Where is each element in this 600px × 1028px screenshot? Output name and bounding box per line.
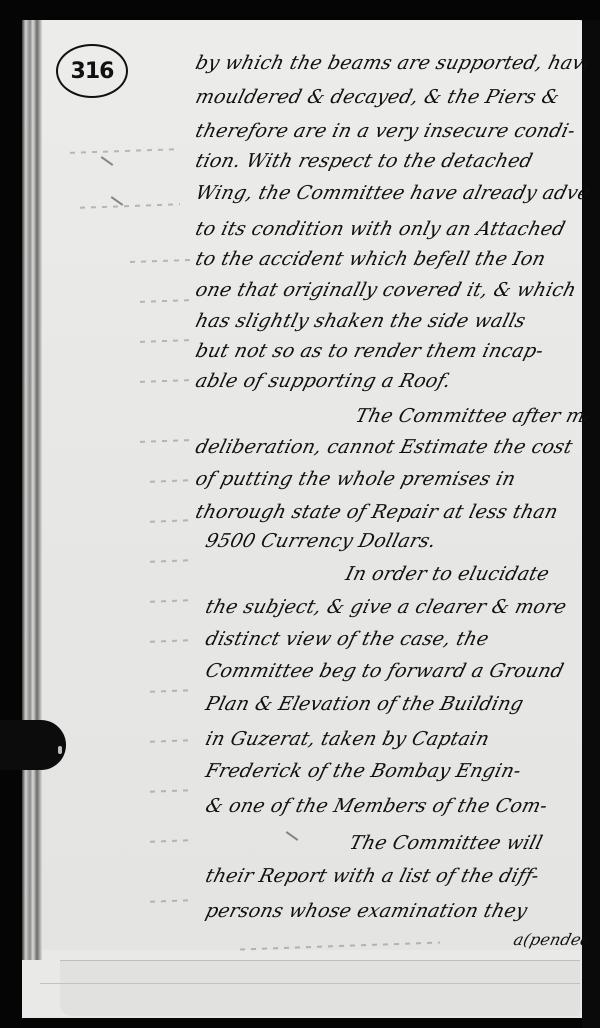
manuscript-line: The Committee after ma- bbox=[353, 405, 590, 427]
manuscript-line: The Committee will bbox=[347, 832, 590, 854]
manuscript-line: 9500 Currency Dollars. bbox=[203, 530, 590, 552]
manuscript-line: to the accident which befell the Ion bbox=[193, 248, 590, 270]
manuscript-line: Plan & Elevation of the Building bbox=[203, 693, 590, 715]
manuscript-line: distinct view of the case, the bbox=[203, 628, 590, 650]
manuscript-line: deliberation, cannot Estimate the cost bbox=[193, 436, 590, 458]
manuscript-line: but not so as to render them incap- bbox=[193, 340, 590, 362]
manuscript-line: in Guzerat, taken by Captain bbox=[203, 728, 590, 750]
binding-clip-highlight bbox=[58, 746, 62, 754]
binding-edge bbox=[22, 20, 42, 960]
manuscript-line: the subject, & give a clearer & more bbox=[203, 596, 590, 618]
manuscript-line: able of supporting a Roof. bbox=[193, 370, 590, 392]
manuscript-line: mouldered & decayed, & the Piers & bbox=[193, 86, 590, 108]
manuscript-line: persons whose examination they bbox=[203, 900, 590, 922]
manuscript-line: to its condition with only an Attached bbox=[193, 218, 590, 240]
folded-paper-flap bbox=[60, 960, 580, 1016]
manuscript-line: their Report with a list of the diff- bbox=[203, 865, 590, 887]
fold-line bbox=[40, 983, 580, 984]
binding-clip bbox=[0, 720, 66, 770]
manuscript-line: & one of the Members of the Com- bbox=[203, 795, 590, 817]
manuscript-line: thorough state of Repair at less than bbox=[193, 501, 590, 523]
manuscript-line: has slightly shaken the side walls bbox=[193, 310, 590, 332]
manuscript-line: a(pended) bbox=[512, 930, 591, 949]
manuscript-line: by which the beams are supported, have bbox=[193, 52, 590, 74]
manuscript-line: one that originally covered it, & which bbox=[193, 279, 590, 301]
manuscript-line: Frederick of the Bombay Engin- bbox=[203, 760, 590, 782]
manuscript-line: Wing, the Committee have already adverte… bbox=[193, 182, 590, 204]
manuscript-line: In order to elucidate bbox=[343, 563, 590, 585]
manuscript-line: tion. With respect to the detached bbox=[193, 150, 590, 172]
folio-number: 316 bbox=[56, 44, 128, 98]
manuscript-line: Committee beg to forward a Ground bbox=[203, 660, 590, 682]
manuscript-line: therefore are in a very insecure condi- bbox=[193, 120, 590, 142]
manuscript-line: of putting the whole premises in bbox=[193, 468, 590, 490]
